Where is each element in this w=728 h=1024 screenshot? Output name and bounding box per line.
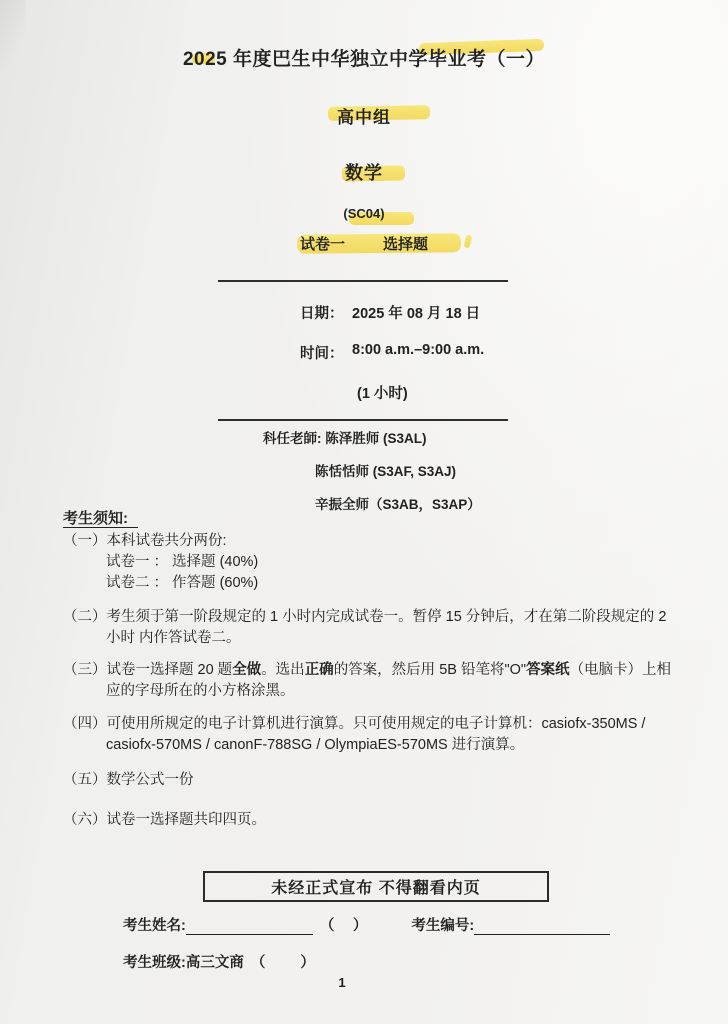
notice-subline: 试卷二 ： 作答题 (60%) [106,573,675,594]
notices-section: 考生须知: （一）本科试卷共分两份: 试卷一 ： 选择题 (40%) 试卷二 ：… [63,508,675,831]
notice-item: （一）本科试卷共分两份: 试卷一 ： 选择题 (40%) 试卷二 ： 作答题 (… [63,531,675,594]
page-number: 1 [0,975,706,990]
notices-heading: 考生须知: [63,508,675,529]
subject-code: (SC04) [0,206,728,221]
candidate-fields: 考生姓名: （ ） 考生编号: 考生班级:高三文商 （ ） [123,915,610,972]
time-label: 时间： [300,342,352,363]
name-underline [186,918,313,935]
date-row: 日期： 2025 年 08 月 18 日 [300,302,508,323]
paper-type: 选择题 [383,236,428,253]
exam-title: 2025 年度巴生中华独立中学毕业考（一） [0,44,728,71]
warning-box: 未经正式宣布 不得翻看内页 [203,871,549,902]
teacher-row: 科任老師: 陈泽胜师 (S3AL) [263,422,481,455]
notice-item: （六）试卷一选择题共印四页。 [63,810,675,831]
teacher-name: 陈泽胜师 (S3AL) [325,431,426,446]
notice-item: （五）数学公式一份 [63,770,675,791]
notice-item: （三）试卷一选择题 20 题全做。选出正确的答案，然后用 5B 铅笔将"O"答案… [63,660,675,702]
notice-subline: 试卷一 ： 选择题 (40%) [106,552,675,573]
class-row: 考生班级:高三文商 （ ） [123,952,610,972]
name-paren: （ ） [320,914,370,935]
name-label: 考生姓名: [123,914,186,935]
notice-item: （二）考生须于第一阶段规定的 1 小时内完成试卷一。暂停 15 分钟后，才在第二… [63,607,675,649]
teachers-block: 科任老師: 陈泽胜师 (S3AL) 陈恬恬师 (S3AF, S3AJ) 辛振全师… [263,422,481,521]
time-row: 时间： 8:00 a.m.–9:00 a.m. [300,342,508,363]
paper-heading: 试卷一选择题 [0,233,728,254]
class-paren: （ ） [251,951,317,972]
schedule-block: 日期： 2025 年 08 月 18 日 时间： 8:00 a.m.–9:00 … [218,280,508,421]
subject-heading: 数学 [0,159,728,185]
id-underline [474,918,610,935]
notice-item: （四）可使用所规定的电子计算机进行演算。只可使用规定的电子计算机：casiofx… [63,714,675,756]
warning-text: 未经正式宣布 不得翻看内页 [271,875,480,898]
teacher-row: 陈恬恬师 (S3AF, S3AJ) [315,455,481,488]
date-value: 2025 年 08 月 18 日 [352,302,480,323]
time-value: 8:00 a.m.–9:00 a.m. [352,342,484,363]
name-row: 考生姓名: （ ） 考生编号: [123,915,610,935]
id-label: 考生编号: [411,914,474,935]
paper-number: 试卷一 [300,236,345,253]
group-heading: 高中组 [0,103,728,128]
class-label: 考生班级:高三文商 [123,951,244,972]
exam-cover-page: 2025 年度巴生中华独立中学毕业考（一） 高中组 数学 (SC04) 试卷一选… [0,0,728,1024]
duration: (1 小时) [357,382,508,403]
date-label: 日期： [300,302,352,323]
teacher-label: 科任老師: [263,431,325,446]
